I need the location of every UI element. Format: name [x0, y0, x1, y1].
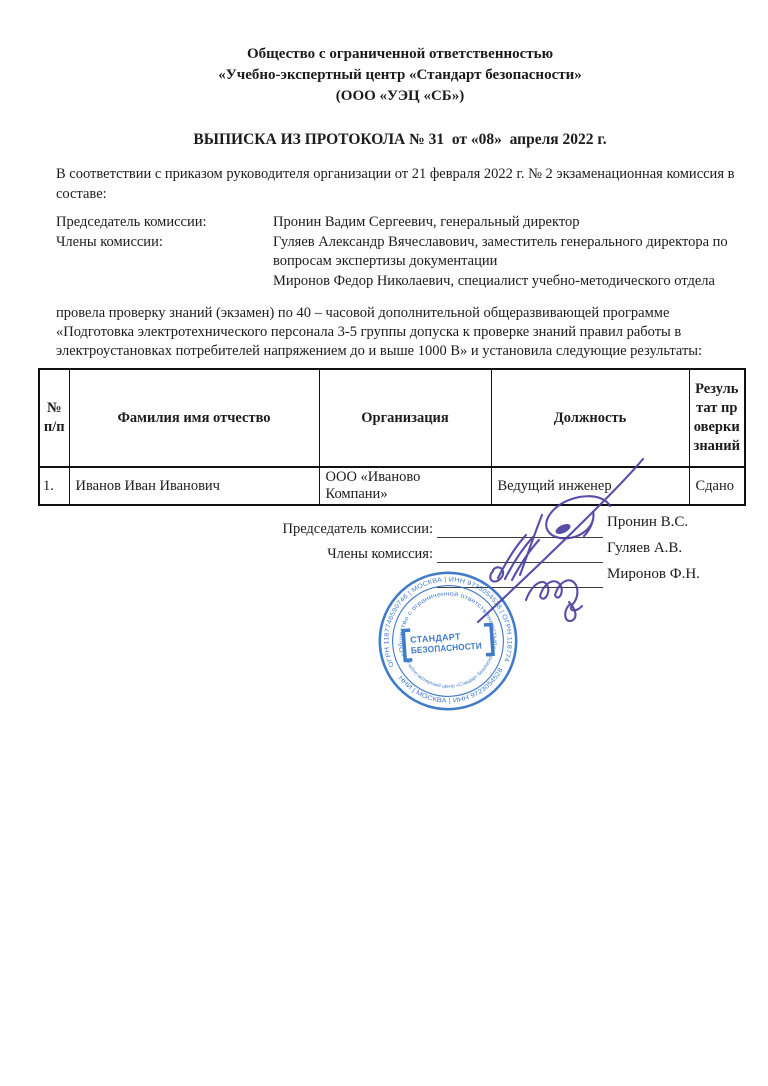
signature-line-2: [437, 562, 603, 563]
commission-member-2: Миронов Федор Николаевич, специалист уче…: [273, 272, 744, 292]
commission-chairman-value: Пронин Вадим Сергеевич, генеральный дире…: [273, 213, 744, 233]
cell-num: 1.: [39, 467, 69, 505]
commission-members-label: Члены комиссии:: [56, 233, 273, 272]
signature-stroke-member2-descender: [565, 602, 575, 621]
org-name-block: Общество с ограниченной ответственностью…: [56, 44, 744, 107]
signature-name-member-1: Гуляев А.В.: [607, 540, 682, 557]
cell-result: Сдано: [689, 467, 745, 505]
document-title: ВЫПИСКА ИЗ ПРОТОКОЛА № 31 от «08» апреля…: [56, 129, 744, 150]
program-paragraph: провела проверку знаний (экзамен) по 40 …: [56, 304, 744, 361]
signature-name-member-2: Миронов Ф.Н.: [607, 566, 700, 583]
signature-chairman-label: Председатель комиссии:: [0, 521, 433, 538]
company-stamp: ОГРН 1187746590746 | МОСКВА | ИНН 972305…: [372, 565, 524, 717]
signature-blob: [554, 522, 572, 536]
commission-chairman-label: Председатель комиссии:: [56, 213, 273, 233]
commission-list: Председатель комиссии: Пронин Вадим Серг…: [56, 213, 744, 291]
stamp-right-bracket-icon: [484, 624, 493, 654]
document-page: Общество с ограниченной ответственностью…: [0, 0, 768, 1086]
results-table: № п/п Фамилия имя отчество Организация Д…: [38, 368, 746, 506]
header-cell-result: Результат проверки знаний: [689, 369, 745, 467]
signature-stroke-member1-tall: [520, 515, 542, 575]
signature-stroke-member1-c: [512, 540, 539, 580]
results-table-header: № п/п Фамилия имя отчество Организация Д…: [39, 369, 745, 467]
cell-position: Ведущий инженер: [491, 467, 689, 505]
commission-empty-label: [56, 272, 273, 292]
cell-name: Иванов Иван Иванович: [69, 467, 319, 505]
org-name-line-2: «Учебно-экспертный центр «Стандарт безоп…: [56, 65, 744, 86]
header-cell-position: Должность: [491, 369, 689, 467]
org-name-line-1: Общество с ограниченной ответственностью: [56, 44, 744, 65]
cell-organization: ООО «Иваново Компани»: [319, 467, 491, 505]
document-content: Общество с ограниченной ответственностью…: [0, 0, 768, 506]
table-row: 1. Иванов Иван Иванович ООО «Иваново Ком…: [39, 467, 745, 505]
header-cell-name: Фамилия имя отчество: [69, 369, 319, 467]
signature-line-1: [437, 537, 603, 538]
signature-members-label: Члены комиссия:: [0, 546, 433, 563]
org-name-line-3: (ООО «УЭЦ «СБ»): [56, 86, 744, 107]
table-header-row: № п/п Фамилия имя отчество Организация Д…: [39, 369, 745, 467]
commission-member-1: Гуляев Александр Вячеславович, заместите…: [273, 233, 744, 272]
signature-stroke-member2-cursive: [526, 580, 582, 610]
signature-name-chairman: Пронин В.С.: [607, 514, 688, 531]
header-cell-organization: Организация: [319, 369, 491, 467]
stamp-bracket-logo: СТАНДАРТ БЕЗОПАСНОСТИ: [403, 624, 493, 660]
intro-paragraph: В соответствии с приказом руководителя о…: [56, 164, 744, 204]
header-cell-num: № п/п: [39, 369, 69, 467]
